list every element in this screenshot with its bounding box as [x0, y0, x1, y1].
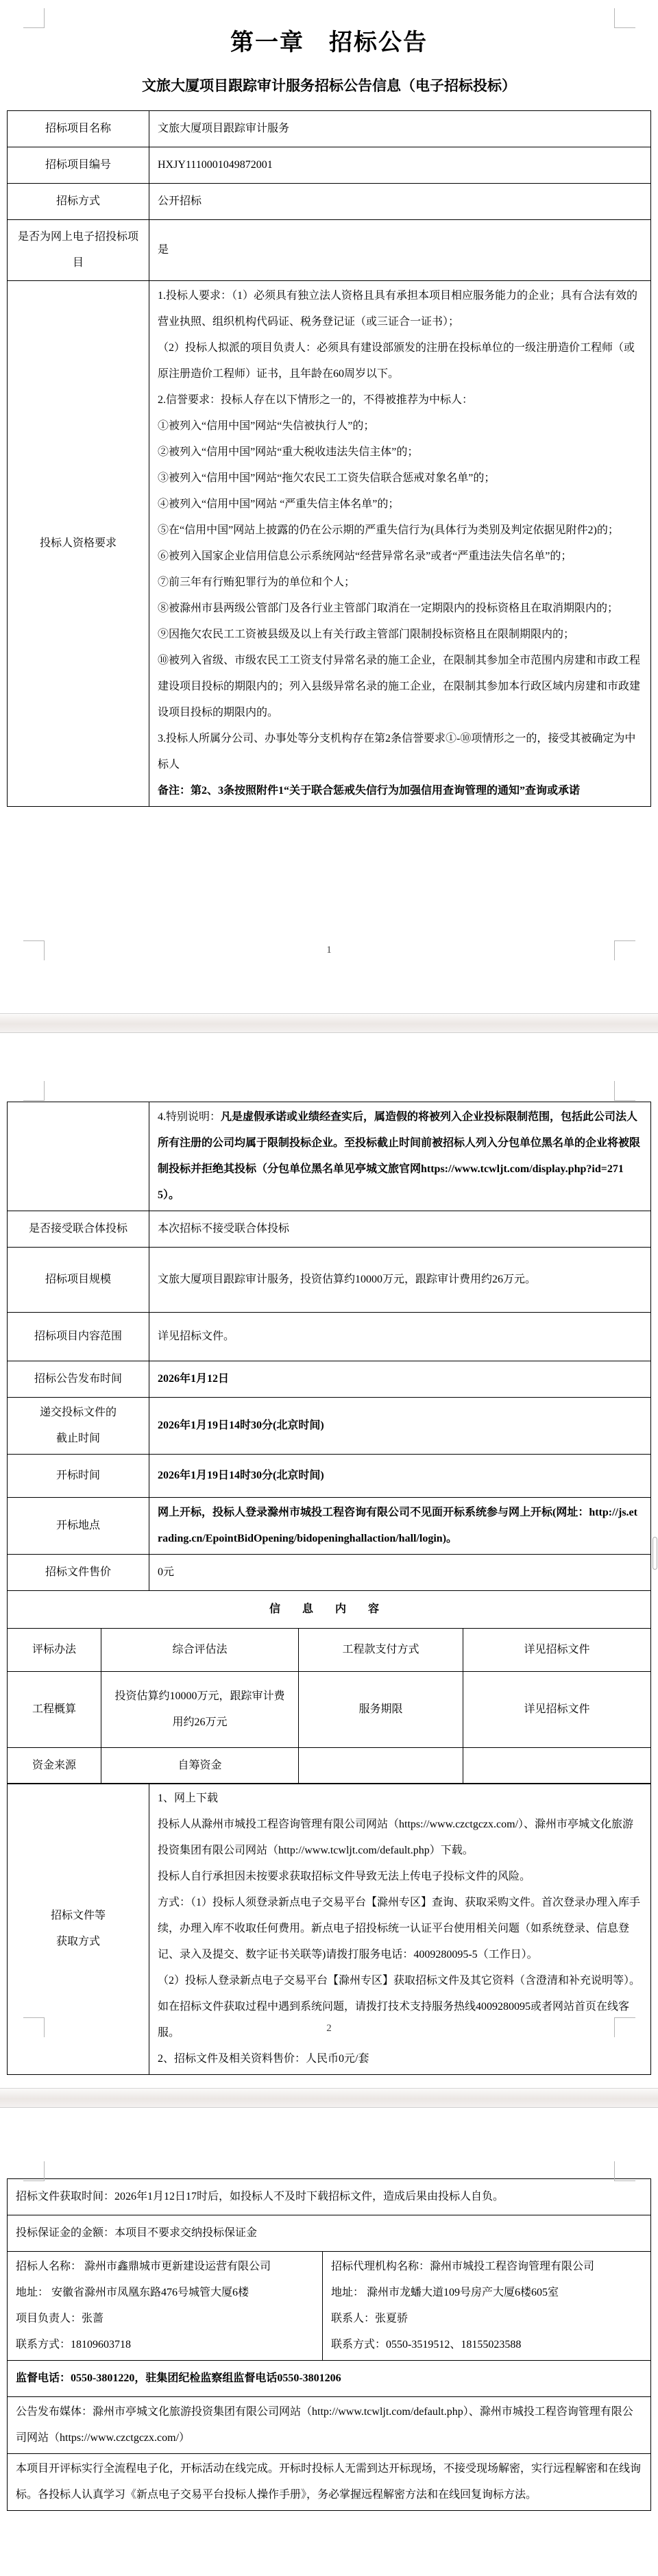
grid-cell [463, 1747, 651, 1784]
row-value: 本次招标不接受联合体投标 [149, 1211, 651, 1248]
paragraph: 投标人自行承担因未按要求获取招标文件导致无法上传电子投标文件的风险。 [158, 1864, 642, 1890]
qualification-note: 备注：第2、3条按照附件1“关于联合惩戒失信行为加强信用查询管理的通知”查询或承… [158, 778, 642, 804]
table-row: 4.特别说明：凡是虚假承诺或业绩经查实后，属造假的将被列入企业投标限制范围，包括… [8, 1102, 651, 1211]
row-value: 详见招标文件。 [149, 1313, 651, 1361]
paragraph: ①被列入“信用中国”网站“失信被执行人”的； [158, 413, 642, 439]
agency-contact: 联系方式：0550-3519512、18155023588 [331, 2332, 642, 2358]
table-row: 公告发布媒体：滁州市亭城文化旅游投资集团有限公司网站（http://www.tc… [8, 2397, 651, 2454]
paragraph: 1、网上下载 [158, 1786, 642, 1812]
special-note-cell: 4.特别说明：凡是虚假承诺或业绩经查实后，属造假的将被列入企业投标限制范围，包括… [149, 1102, 651, 1211]
table-row: 监督电话：0550-3801220，驻集团纪检监察组监督电话0550-38012… [8, 2361, 651, 2397]
chapter-title: 第一章 招标公告 [0, 23, 658, 57]
crop-mark-icon [23, 8, 45, 28]
row-value: 网上开标，投标人登录滁州市城投工程咨询有限公司不见面开标系统参与网上开标(网址：… [149, 1498, 651, 1555]
table-row: 递交投标文件的 截止时间 2026年1月19日14时30分(北京时间) [8, 1398, 651, 1455]
scrollbar-thumb[interactable] [653, 1537, 657, 1570]
deposit-row: 投标保证金的金额：本项目不要求交纳投标保证金 [8, 2215, 651, 2252]
row-value: 是 [149, 220, 651, 281]
row-label: 招标项目编号 [8, 147, 149, 184]
grid-cell: 综合评估法 [101, 1628, 299, 1671]
table-row: 是否为网上电子招投标项目 是 [8, 220, 651, 281]
tenderer-cell: 招标人名称： 滁州市鑫鼎城市更新建设运营有限公司 地址： 安徽省滁州市凤凰东路4… [8, 2252, 323, 2361]
table-row: 是否接受联合体投标 本次招标不接受联合体投标 [8, 1211, 651, 1248]
table-row: 招标文件售价 0元 [8, 1555, 651, 1591]
paragraph: ③被列入“信用中国”网站“拖欠农民工工资失信联合惩戒对象名单”的； [158, 465, 642, 491]
special-note-body: 凡是虚假承诺或业绩经查实后，属造假的将被列入企业投标限制范围，包括此公司法人所有… [158, 1111, 640, 1201]
grid-cell: 工程概算 [8, 1671, 101, 1747]
row-value: 0元 [149, 1555, 651, 1591]
page-separator [0, 2088, 658, 2108]
table-row: 招标公告发布时间 2026年1月12日 [8, 1361, 651, 1398]
section-header-row: 信 息 内 容 [8, 1590, 651, 1628]
paragraph: ⑧被滁州市县两级公管部门及各行业主管部门取消在一定期限内的投标资格且在取消期限内… [158, 596, 642, 622]
paragraph: 方式：（1）投标人须登录新点电子交易平台【滁州专区】查询、获取采购文件。首次登录… [158, 1890, 642, 1968]
row-value: 文旅大厦项目跟踪审计服务 [149, 111, 651, 147]
grid-cell: 服务期限 [299, 1671, 463, 1747]
paragraph: 3.投标人所属分公司、办事处等分支机构存在第2条信誉要求①-⑩项情形之一的，接受… [158, 726, 642, 778]
supervise-row: 监督电话：0550-3801220，驻集团纪检监察组监督电话0550-38012… [8, 2361, 651, 2397]
section-header: 信 息 内 容 [8, 1590, 651, 1628]
row-value: 文旅大厦项目跟踪审计服务，投资估算约10000万元，跟踪审计费用约26万元。 [149, 1248, 651, 1313]
crop-mark-icon [614, 8, 635, 28]
document-page-3: 招标文件获取时间：2026年1月12日17时后，如投标人不及时下载招标文件，造成… [0, 2108, 658, 2576]
table-row: 投标保证金的金额：本项目不要求交纳投标保证金 [8, 2215, 651, 2252]
media-row: 公告发布媒体：滁州市亭城文化旅游投资集团有限公司网站（http://www.tc… [8, 2397, 651, 2454]
table-row: 招标文件获取时间：2026年1月12日17时后，如投标人不及时下载招标文件，造成… [8, 2179, 651, 2215]
table-row: 招标人名称： 滁州市鑫鼎城市更新建设运营有限公司 地址： 安徽省滁州市凤凰东路4… [8, 2252, 651, 2361]
page-number: 1 [0, 945, 658, 956]
info-content-table: 信 息 内 容 评标办法 综合评估法 工程款支付方式 详见招标文件 工程概算 投… [7, 1590, 651, 1784]
paragraph: 2.信誉要求：投标人存在以下情形之一的，不得被推荐为中标人： [158, 387, 642, 413]
paragraph: 1.投标人要求：（1）必须具有独立法人资格且具有承担本项目相应服务能力的企业；具… [158, 283, 642, 335]
row-label: 招标项目内容范围 [8, 1313, 149, 1361]
agency-cell: 招标代理机构名称：滁州市城投工程咨询管理有限公司 地址： 滁州市龙蟠大道109号… [323, 2252, 651, 2361]
row-label: 招标项目名称 [8, 111, 149, 147]
grid-cell: 资金来源 [8, 1747, 101, 1784]
row-value: 2026年1月19日14时30分(北京时间) [149, 1455, 651, 1498]
row-label: 开标地点 [8, 1498, 149, 1555]
qualification-cell: 1.投标人要求：（1）必须具有独立法人资格且具有承担本项目相应服务能力的企业；具… [149, 281, 651, 807]
special-note-lead: 4.特别说明： [158, 1111, 221, 1123]
paragraph: （2）投标人拟派的项目负责人：必须具有建设部颁发的注册在投标单位的一级注册造价工… [158, 335, 642, 387]
grid-cell: 投资估算约10000万元，跟踪审计费用约26万元 [101, 1671, 299, 1747]
row-label: 招标文件售价 [8, 1555, 149, 1591]
paragraph: ②被列入“信用中国”网站“重大税收违法失信主体”的； [158, 439, 642, 465]
doc-time-row: 招标文件获取时间：2026年1月12日17时后，如投标人不及时下载招标文件，造成… [8, 2179, 651, 2215]
row-label: 招标方式 [8, 184, 149, 220]
row-label-empty [8, 1102, 149, 1211]
row-label: 递交投标文件的 截止时间 [8, 1398, 149, 1455]
tender-info-table-continued: 4.特别说明：凡是虚假承诺或业绩经查实后，属造假的将被列入企业投标限制范围，包括… [7, 1102, 651, 1591]
table-row: 工程概算 投资估算约10000万元，跟踪审计费用约26万元 服务期限 详见招标文… [8, 1671, 651, 1747]
grid-cell: 详见招标文件 [463, 1671, 651, 1747]
tenderer-contact: 联系方式：18109603718 [16, 2332, 314, 2358]
table-row: 评标办法 综合评估法 工程款支付方式 详见招标文件 [8, 1628, 651, 1671]
paragraph: ⑦前三年有行贿犯罪行为的单位和个人； [158, 570, 642, 596]
grid-cell: 工程款支付方式 [299, 1628, 463, 1671]
row-label: 是否为网上电子招投标项目 [8, 220, 149, 281]
row-label: 招标项目规模 [8, 1248, 149, 1313]
row-label: 开标时间 [8, 1455, 149, 1498]
grid-cell: 详见招标文件 [463, 1628, 651, 1671]
document-page-1: 第一章 招标公告 文旅大厦项目跟踪审计服务招标公告信息（电子招标投标） 招标项目… [0, 0, 658, 1013]
paragraph: ⑤在“信用中国”网站上披露的仍在公示期的严重失信行为(具体行为类别及判定依据见附… [158, 518, 642, 544]
crop-mark-icon [23, 2161, 45, 2181]
paragraph: ⑥被列入国家企业信用信息公示系统网站“经营异常名录”或者“严重违法失信名单”的； [158, 544, 642, 570]
tenderer-name: 招标人名称： 滁州市鑫鼎城市更新建设运营有限公司 [16, 2254, 314, 2280]
row-label: 招标公告发布时间 [8, 1361, 149, 1398]
crop-mark-icon [614, 2161, 635, 2181]
document-page-2: 4.特别说明：凡是虚假承诺或业绩经查实后，属造假的将被列入企业投标限制范围，包括… [0, 1033, 658, 2088]
row-label: 投标人资格要求 [8, 281, 149, 807]
process-row: 本项目开评标实行全流程电子化，开标活动在线完成。开标时投标人无需到达开标现场，不… [8, 2454, 651, 2511]
table-row: 招标项目规模 文旅大厦项目跟踪审计服务，投资估算约10000万元，跟踪审计费用约… [8, 1248, 651, 1313]
tenderer-manager: 项目负责人：张蔷 [16, 2306, 314, 2332]
row-value: 2026年1月12日 [149, 1361, 651, 1398]
paragraph: ④被列入“信用中国”网站 “严重失信主体名单”的； [158, 491, 642, 518]
table-row: 本项目开评标实行全流程电子化，开标活动在线完成。开标时投标人无需到达开标现场，不… [8, 2454, 651, 2511]
table-row: 开标地点 网上开标，投标人登录滁州市城投工程咨询有限公司不见面开标系统参与网上开… [8, 1498, 651, 1555]
crop-mark-icon [23, 1081, 45, 1101]
contact-table: 招标文件获取时间：2026年1月12日17时后，如投标人不及时下载招标文件，造成… [7, 2178, 651, 2511]
row-value: 公开招标 [149, 184, 651, 220]
tenderer-address: 地址： 安徽省滁州市凤凰东路476号城管大厦6楼 [16, 2280, 314, 2306]
agency-name: 招标代理机构名称：滁州市城投工程咨询管理有限公司 [331, 2254, 642, 2280]
paragraph: ⑩被列入省级、市级农民工工资支付异常名录的施工企业，在限制其参加全市范围内房建和… [158, 648, 642, 726]
paragraph: 投标人从滁州市城投工程咨询管理有限公司网站（https://www.czctgc… [158, 1812, 642, 1864]
table-row: 招标项目内容范围 详见招标文件。 [8, 1313, 651, 1361]
doc-subtitle: 文旅大厦项目跟踪审计服务招标公告信息（电子招标投标） [0, 75, 658, 95]
table-row: 投标人资格要求 1.投标人要求：（1）必须具有独立法人资格且具有承担本项目相应服… [8, 281, 651, 807]
row-value: HXJY1110001049872001 [149, 147, 651, 184]
table-row: 招标项目名称 文旅大厦项目跟踪审计服务 [8, 111, 651, 147]
table-row: 开标时间 2026年1月19日14时30分(北京时间) [8, 1455, 651, 1498]
grid-cell: 自筹资金 [101, 1747, 299, 1784]
row-value: 2026年1月19日14时30分(北京时间) [149, 1398, 651, 1455]
page-number: 2 [0, 2023, 658, 2034]
page-separator [0, 1013, 658, 1033]
grid-cell [299, 1747, 463, 1784]
paragraph: ⑨因拖欠农民工工资被县级及以上有关行政主管部门限制投标资格且在限制期限内的； [158, 622, 642, 648]
paragraph: 2、招标文件及相关资料售价：人民币0元/套 [158, 2046, 642, 2072]
table-row: 资金来源 自筹资金 [8, 1747, 651, 1784]
grid-cell: 评标办法 [8, 1628, 101, 1671]
agency-person: 联系人：张夏骄 [331, 2306, 642, 2332]
table-row: 招标方式 公开招标 [8, 184, 651, 220]
row-label: 是否接受联合体投标 [8, 1211, 149, 1248]
tender-info-table: 招标项目名称 文旅大厦项目跟踪审计服务 招标项目编号 HXJY111000104… [7, 110, 651, 807]
table-row: 招标项目编号 HXJY1110001049872001 [8, 147, 651, 184]
agency-address: 地址： 滁州市龙蟠大道109号房产大厦6楼605室 [331, 2280, 642, 2306]
crop-mark-icon [614, 1081, 635, 1101]
